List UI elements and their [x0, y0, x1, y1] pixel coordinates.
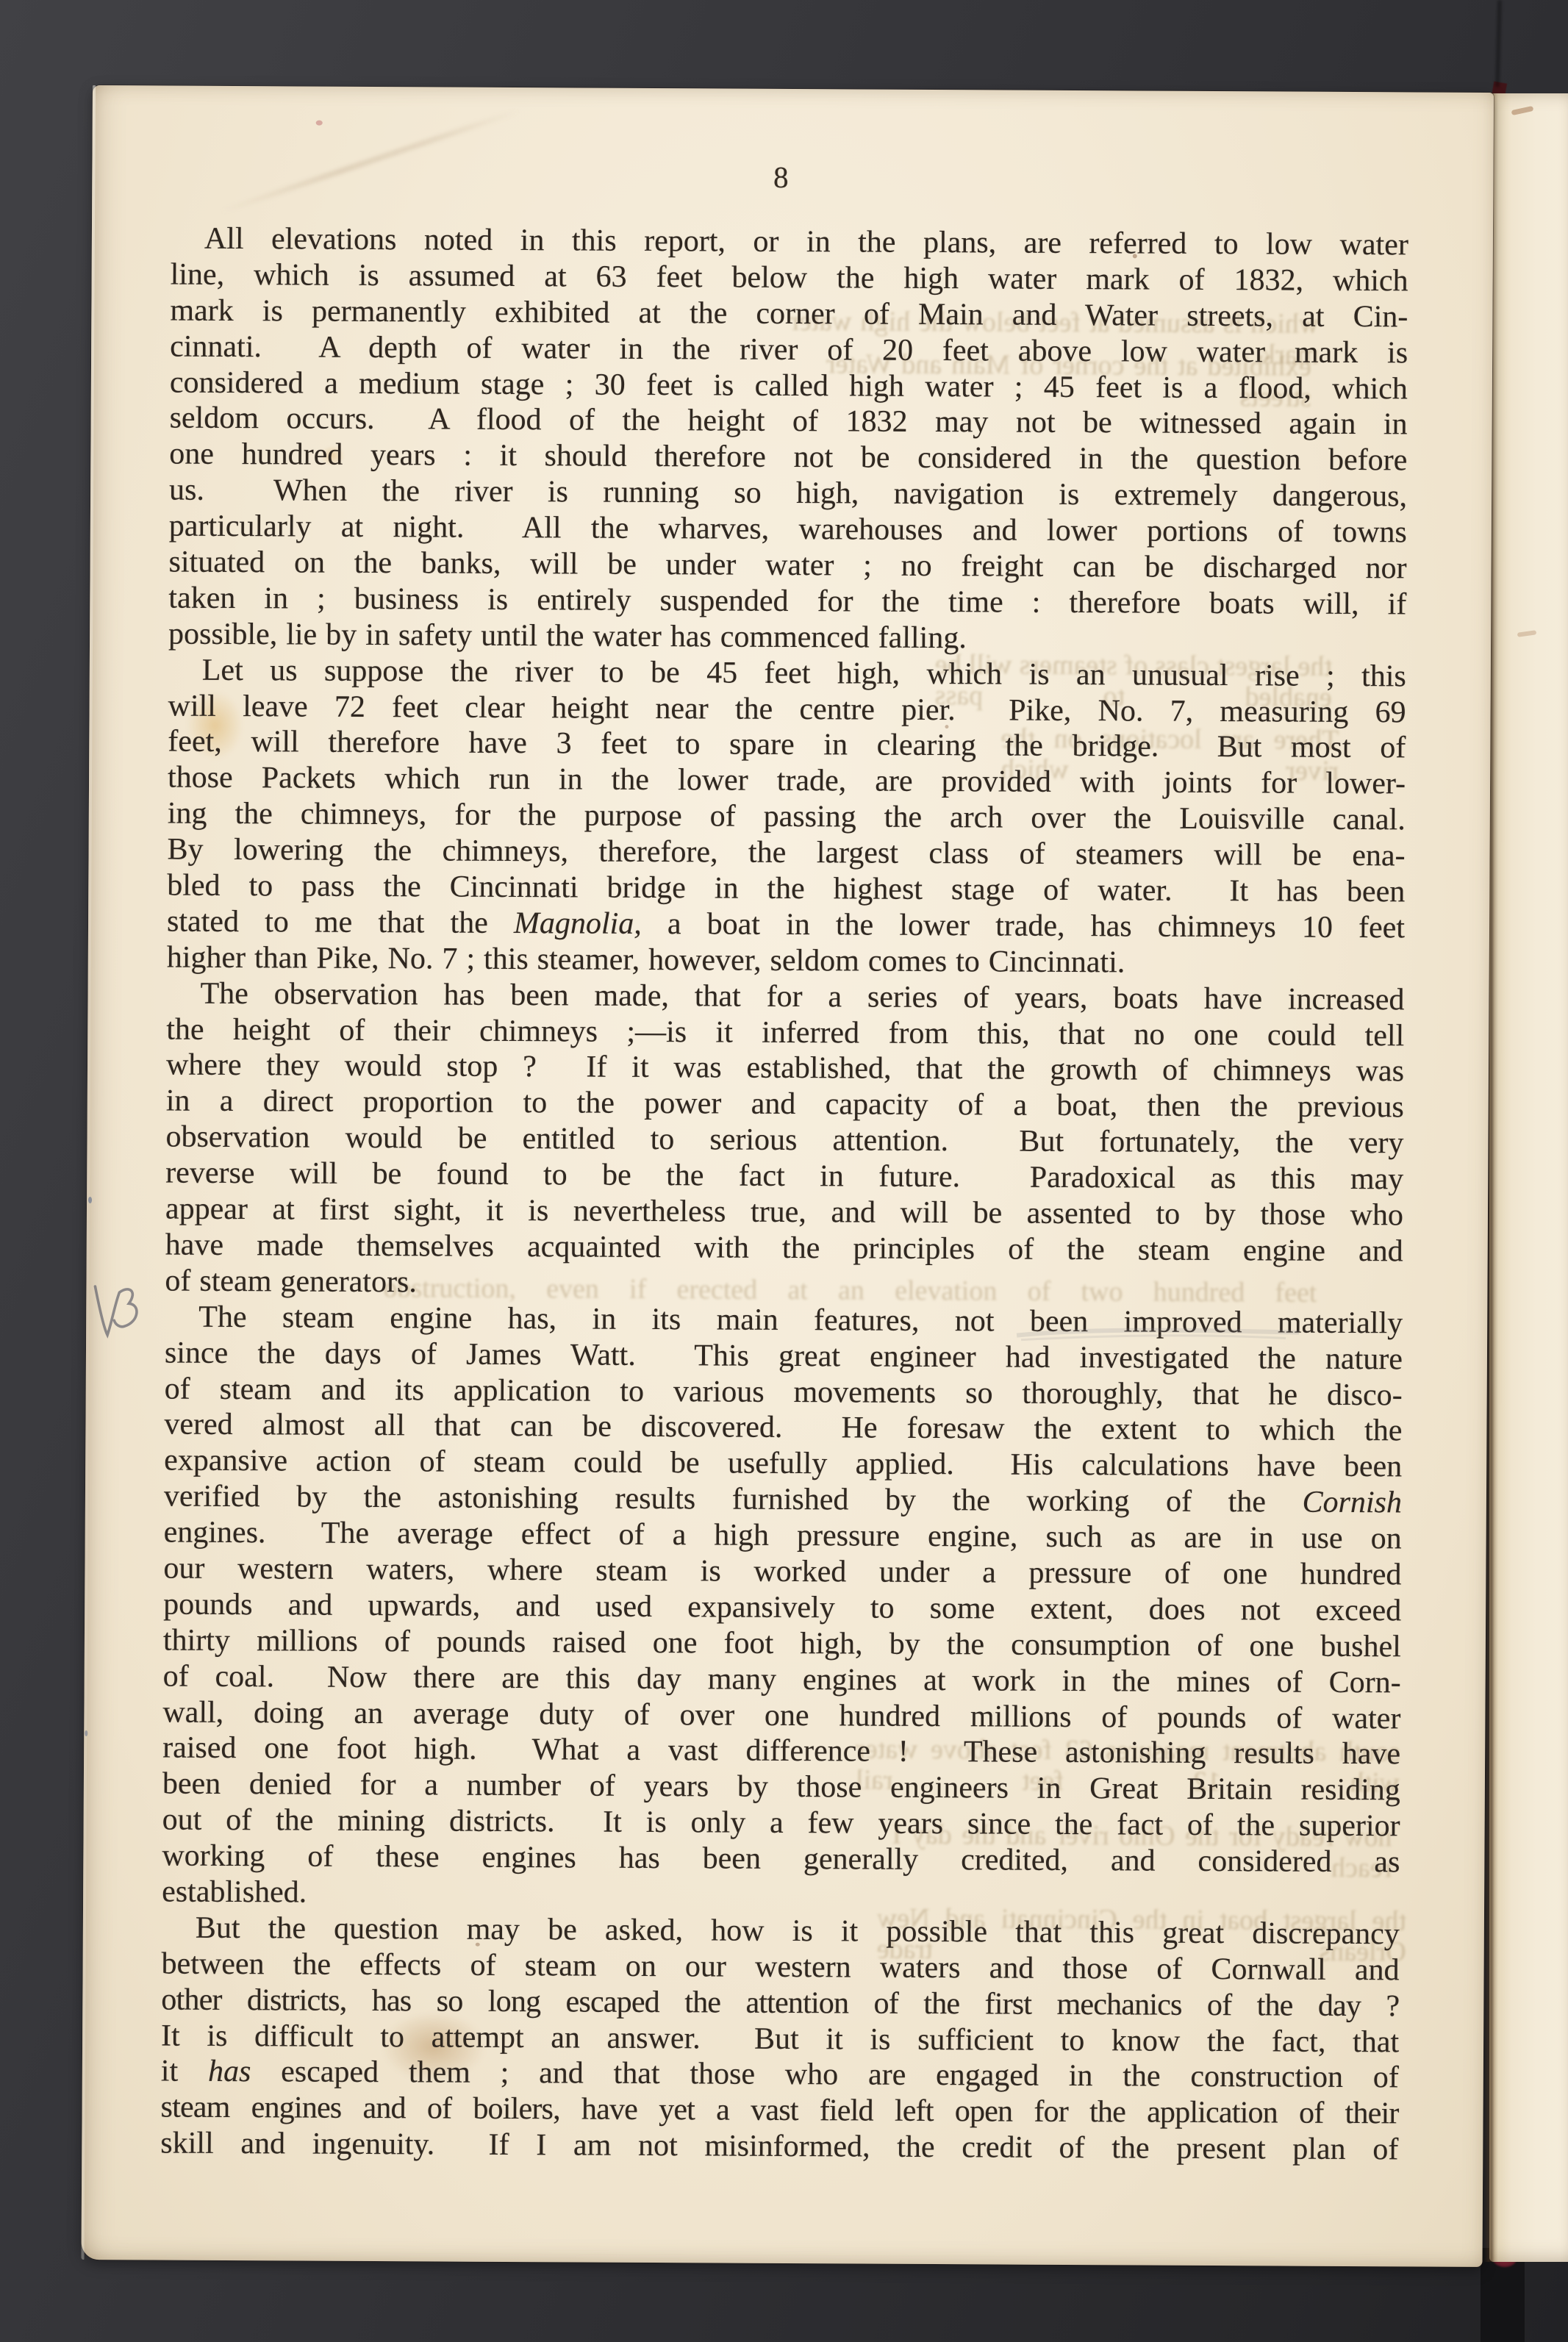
text-segment: vered almost all that can be discovered.… — [164, 1408, 1402, 1448]
text-segment: mark is permanently exhibited at the cor… — [170, 293, 1408, 334]
text-segment: us. When the river is running so high, n… — [169, 473, 1407, 514]
text-line: of steam generators. — [165, 1263, 1403, 1306]
text-line: thirty millions of pounds raised one foo… — [163, 1622, 1401, 1665]
text-line: us. When the river is running so high, n… — [169, 473, 1407, 515]
text-segment: between the effects of steam on our west… — [162, 1947, 1400, 1987]
text-line: will leave 72 feet clear height near the… — [168, 688, 1406, 731]
text-segment: our western waters, where steam is worke… — [163, 1551, 1401, 1591]
text-segment: All elevations noted in this report, or … — [204, 222, 1408, 262]
text-segment: it — [161, 2055, 208, 2088]
text-line: out of the mining districts. It is only … — [162, 1802, 1400, 1845]
text-segment: feet, will therefore have 3 feet to spar… — [168, 725, 1406, 765]
text-line: skill and ingenuity. If I am not misinfo… — [160, 2126, 1398, 2169]
text-line: reverse will be found to be the fact in … — [165, 1156, 1403, 1198]
book-scan-photo: which is assumed at feet below the high … — [0, 0, 1568, 2342]
text-line: pounds and upwards, and used expansively… — [163, 1586, 1401, 1629]
paragraph: The steam engine has, in its main featur… — [162, 1299, 1403, 1916]
text-line: have made themselves acquainted with the… — [165, 1227, 1403, 1270]
text-segment: escaped them ; and that those who are en… — [251, 2055, 1399, 2095]
text-line: Let us suppose the river to be 45 feet h… — [168, 652, 1406, 695]
text-segment: of coal. Now there are this day many eng… — [163, 1659, 1401, 1700]
text-line: appear at first sight, it is nevertheles… — [165, 1192, 1403, 1234]
text-segment: expansive action of steam could be usefu… — [164, 1444, 1402, 1484]
text-line: vered almost all that can be discovered.… — [164, 1407, 1402, 1450]
text-segment: established. — [162, 1874, 307, 1909]
text-segment: one hundred years : it should therefore … — [169, 437, 1407, 478]
text-line: our western waters, where steam is worke… — [163, 1550, 1401, 1593]
text-line: mark is permanently exhibited at the cor… — [170, 293, 1408, 335]
paper-fleck — [1517, 630, 1537, 637]
text-line: The observation has been made, that for … — [166, 975, 1404, 1018]
text-segment: pounds and upwards, and used expansively… — [163, 1587, 1401, 1627]
text-line: wall, doing an average duty of over one … — [162, 1694, 1400, 1737]
text-segment: By lowering the chimneys, therefore, the… — [167, 833, 1405, 873]
text-line: verified by the astonishing results furn… — [164, 1479, 1402, 1522]
text-segment: possible, lie by in safety until the wat… — [168, 617, 967, 655]
text-line: seldom occurs. A flood of the height of … — [169, 401, 1407, 443]
text-segment: bled to pass the Cincinnati bridge in th… — [167, 869, 1405, 909]
text-line: taken in ; business is entirely suspende… — [168, 580, 1406, 623]
speck — [316, 121, 323, 126]
text-line: higher than Pike, No. 7 ; this steamer, … — [167, 939, 1405, 982]
text-line: expansive action of steam could be usefu… — [164, 1443, 1402, 1486]
text-line: other districts, has so long escaped the… — [161, 1982, 1399, 2024]
text-segment: working of these engines has been genera… — [162, 1839, 1400, 1880]
page-number: 8 — [162, 157, 1400, 198]
text-segment: a boat in the lower trade, has chimneys … — [642, 907, 1405, 945]
text-segment: higher than Pike, No. 7 ; this steamer, … — [167, 940, 1125, 979]
italic-text: Magnolia, — [514, 906, 642, 941]
text-segment: ing the chimneys, for the purpose of pas… — [168, 797, 1406, 837]
text-line: been denied for a number of years by tho… — [162, 1766, 1400, 1809]
text-line: It is difficult to attempt an answer. Bu… — [161, 2018, 1399, 2060]
text-line: between the effects of steam on our west… — [161, 1946, 1399, 1988]
speck — [85, 1730, 87, 1736]
text-segment: reverse will be found to be the fact in … — [165, 1156, 1403, 1197]
text-segment: other districts, has so long escaped the… — [161, 1983, 1399, 2023]
paragraph: All elevations noted in this report, or … — [168, 221, 1408, 659]
pencil-smear-mark — [1014, 1322, 1302, 1346]
text-line: raised one foot high. What a vast differ… — [162, 1730, 1400, 1773]
text-segment: stated to me that the — [167, 904, 514, 939]
text-line: feet, will therefore have 3 feet to spar… — [168, 724, 1406, 767]
page-edge-highlight — [82, 85, 96, 2260]
text-segment: appear at first sight, it is nevertheles… — [165, 1192, 1403, 1233]
text-line: cinnati. A depth of water in the river o… — [170, 329, 1408, 371]
text-segment: seldom occurs. A flood of the height of … — [170, 401, 1408, 442]
text-segment: have made themselves acquainted with the… — [165, 1228, 1403, 1268]
text-segment: situated on the banks, will be under wat… — [168, 545, 1406, 586]
text-line: All elevations noted in this report, or … — [171, 221, 1408, 264]
text-line: stated to me that the Magnolia, a boat i… — [167, 903, 1405, 946]
text-line: engines. The average effect of a high pr… — [164, 1515, 1402, 1558]
text-segment: those Packets which run in the lower tra… — [168, 761, 1406, 801]
text-segment: line, which is assumed at 63 feet below … — [171, 257, 1408, 298]
speck — [88, 1197, 92, 1203]
text-line: steam engines and of boilers, have yet a… — [160, 2090, 1398, 2132]
text-segment: of steam generators. — [165, 1264, 417, 1299]
book-page: which is assumed at feet below the high … — [82, 85, 1494, 2267]
text-line: where they would stop ? If it was establ… — [166, 1048, 1404, 1090]
text-line: particularly at night. All the wharves, … — [169, 509, 1407, 551]
italic-text: Cornish — [1302, 1486, 1402, 1520]
text-segment: wall, doing an average duty of over one … — [162, 1695, 1400, 1736]
text-line: By lowering the chimneys, therefore, the… — [167, 832, 1405, 875]
text-line: of steam and its application to various … — [165, 1371, 1403, 1414]
text-segment: where they would stop ? If it was establ… — [166, 1048, 1404, 1089]
text-line: considered a medium stage ; 30 feet is c… — [170, 365, 1408, 407]
text-line: in a direct proportion to the power and … — [166, 1084, 1404, 1126]
text-segment: thirty millions of pounds raised one foo… — [163, 1623, 1401, 1664]
text-line: it has escaped them ; and that those who… — [161, 2054, 1399, 2096]
text-segment: It is difficult to attempt an answer. Bu… — [161, 2019, 1399, 2059]
text-segment: steam engines and of boilers, have yet a… — [160, 2091, 1398, 2131]
text-segment: cinnati. A depth of water in the river o… — [170, 329, 1408, 370]
text-segment: Let us suppose the river to be 45 feet h… — [202, 653, 1406, 693]
text-segment: engines. The average effect of a high pr… — [164, 1516, 1402, 1556]
text-segment: will leave 72 feet clear height near the… — [168, 689, 1406, 729]
text-line: possible, lie by in safety until the wat… — [168, 616, 1406, 659]
text-segment: observation would be entitled to serious… — [165, 1120, 1403, 1161]
text-segment: the height of their chimneys ;—is it inf… — [166, 1012, 1404, 1053]
text-line: line, which is assumed at 63 feet below … — [171, 257, 1408, 299]
text-line: situated on the banks, will be under wat… — [168, 545, 1406, 587]
text-line: ing the chimneys, for the purpose of pas… — [168, 796, 1406, 839]
text-segment: in a direct proportion to the power and … — [166, 1084, 1404, 1125]
paragraph: But the question may be asked, how is it… — [160, 1910, 1400, 2168]
text-line: the height of their chimneys ;—is it inf… — [166, 1011, 1404, 1054]
page-text: All elevations noted in this report, or … — [160, 221, 1408, 2169]
text-segment: skill and ingenuity. If I am not misinfo… — [160, 2127, 1398, 2167]
text-segment: taken in ; business is entirely suspende… — [168, 581, 1406, 621]
text-line: those Packets which run in the lower tra… — [168, 760, 1406, 803]
paragraph: The observation has been made, that for … — [165, 975, 1404, 1306]
text-line: But the question may be asked, how is it… — [162, 1910, 1400, 1952]
text-segment: verified by the astonishing results furn… — [164, 1480, 1303, 1519]
text-segment: raised one foot high. What a vast differ… — [162, 1731, 1400, 1772]
text-segment: out of the mining districts. It is only … — [162, 1803, 1400, 1844]
pencil-margin-mark — [87, 1270, 169, 1359]
text-line: working of these engines has been genera… — [162, 1838, 1400, 1881]
text-line: observation would be entitled to serious… — [165, 1120, 1403, 1162]
text-segment: But the question may be asked, how is it… — [196, 1911, 1400, 1952]
spine-fold-crease — [1495, 0, 1501, 87]
text-segment: been denied for a number of years by tho… — [162, 1767, 1400, 1808]
text-segment: The observation has been made, that for … — [200, 976, 1404, 1017]
text-line: of coal. Now there are this day many eng… — [163, 1658, 1401, 1701]
paragraph: Let us suppose the river to be 45 feet h… — [167, 652, 1406, 982]
text-line: bled to pass the Cincinnati bridge in th… — [167, 868, 1405, 911]
text-segment: considered a medium stage ; 30 feet is c… — [170, 365, 1408, 406]
adjacent-page-edge — [1489, 93, 1568, 2262]
text-segment: particularly at night. All the wharves, … — [169, 509, 1407, 550]
text-line: one hundred years : it should therefore … — [169, 437, 1407, 479]
paper-fleck — [1511, 106, 1534, 115]
text-line: established. — [162, 1874, 1400, 1916]
text-segment: of steam and its application to various … — [165, 1372, 1403, 1412]
italic-text: has — [208, 2055, 251, 2088]
